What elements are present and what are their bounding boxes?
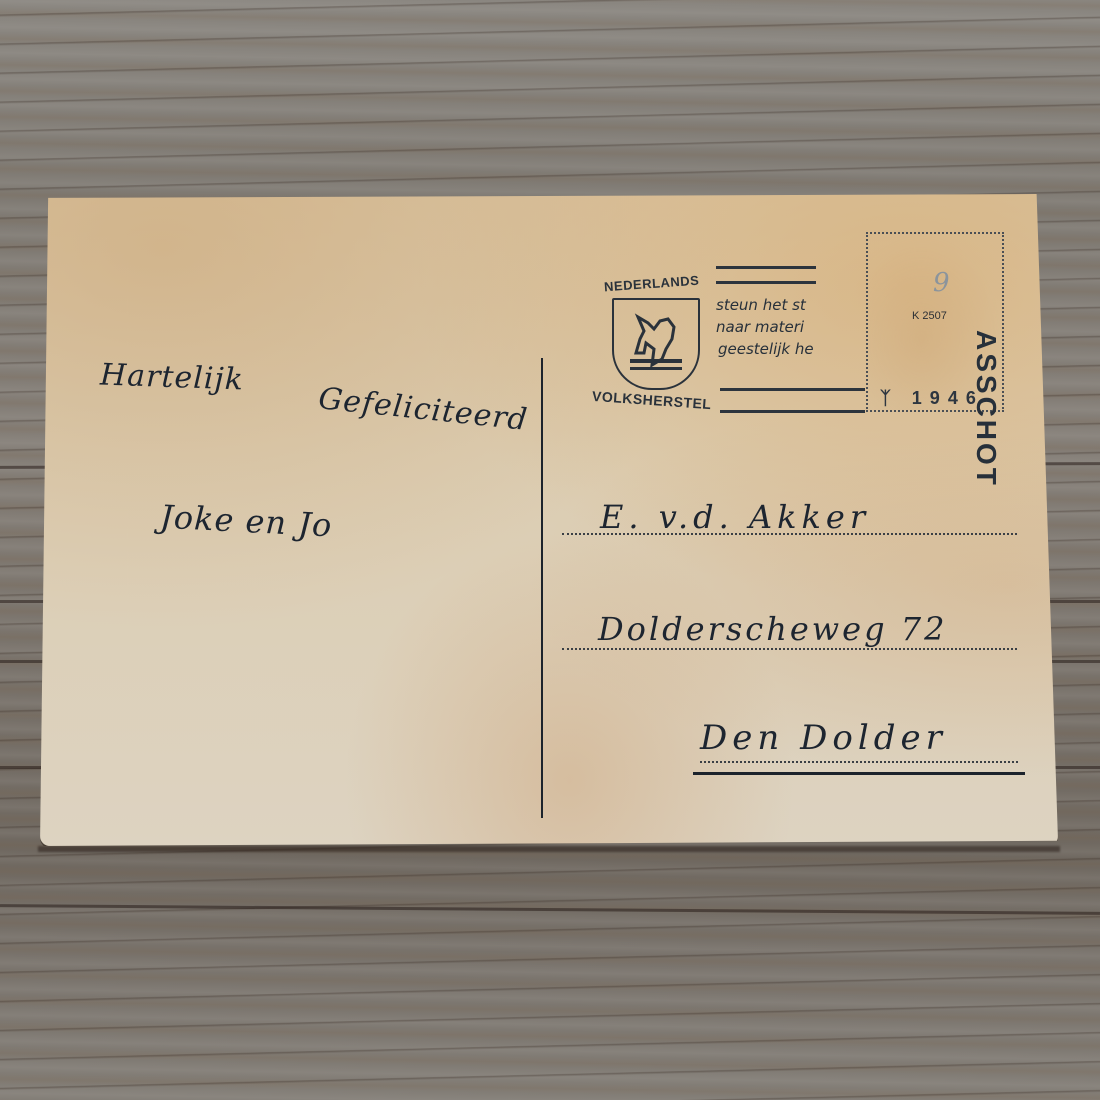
recipient-street: Dolderscheweg 72 bbox=[598, 610, 947, 648]
wood-plank-seam bbox=[0, 904, 1100, 915]
lion-shield-icon bbox=[612, 298, 700, 390]
postmark-bar bbox=[716, 281, 816, 284]
postmark-bar bbox=[720, 388, 865, 391]
postmark-bar bbox=[720, 410, 865, 413]
postmark-slogan-line: geestelijk he bbox=[718, 340, 818, 358]
message-line-1: Hartelijk bbox=[99, 358, 244, 398]
address-underline bbox=[693, 772, 1025, 775]
pencil-mark: 9 bbox=[933, 268, 950, 298]
recipient-name: E. v.d. Akker bbox=[600, 498, 870, 536]
postmark-slogan-line: steun het st bbox=[716, 296, 816, 314]
postcard-shadow bbox=[38, 846, 1060, 852]
cancellation-date: ᛉ 1946 bbox=[880, 388, 984, 409]
postmark-bar bbox=[716, 266, 816, 269]
center-divider-line bbox=[541, 358, 543, 818]
stamp-code: K 2507 bbox=[912, 310, 947, 322]
postmark-slogan-line: naar materi bbox=[716, 318, 816, 336]
lion-rampant-icon bbox=[624, 309, 688, 379]
recipient-city: Den Dolder bbox=[700, 718, 947, 758]
cancellation-vertical: ASSCHOT bbox=[970, 330, 1002, 488]
address-dotted-line bbox=[700, 761, 1018, 763]
address-dotted-line bbox=[562, 648, 1017, 650]
